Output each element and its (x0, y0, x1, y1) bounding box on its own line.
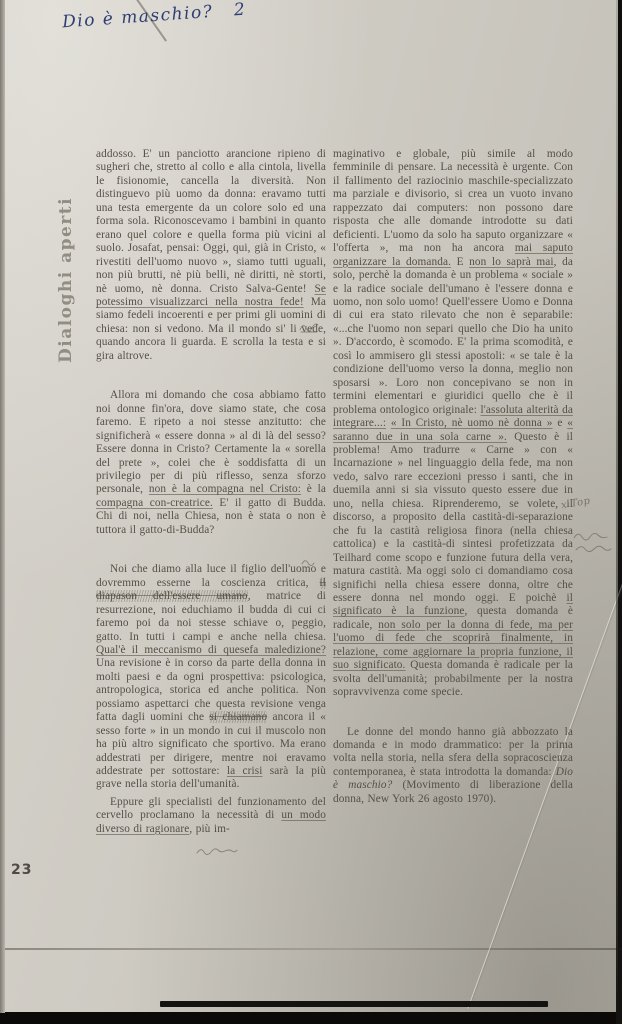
text-column-left: addosso. E' un panciotto arancione ripie… (96, 148, 326, 836)
paragraph: maginativo e globale, più simile al modo… (333, 148, 573, 700)
section-vertical-label: Dialoghi aperti (56, 148, 76, 363)
text-segment: , da solo, perchè la domanda è un proble… (333, 256, 573, 416)
paragraph: addosso. E' un panciotto arancione ripie… (96, 148, 326, 363)
paragraph: Noi che diamo alla luce il figlio dell'u… (96, 563, 326, 792)
text-segment: si chiamano (209, 711, 267, 723)
page-number: 23 (11, 862, 32, 878)
paragraph: Eppure gli specialisti del funzionamento… (96, 796, 326, 836)
pencil-scribble-margin-right (572, 530, 618, 558)
text-segment: la crisi (227, 765, 263, 777)
text-segment: , più im- (189, 823, 230, 835)
text-segment: Noi che diamo alla luce il figlio dell'u… (96, 563, 326, 588)
text-segment: Allora mi domando che cosa abbiamo fatto… (96, 389, 326, 495)
text-segment: non lo saprà mai (469, 256, 553, 268)
text-segment: è la (301, 483, 326, 495)
scanned-page-photo: Dio è maschio? 2 Dialoghi aperti addosso… (0, 0, 622, 1024)
text-column-right: maginativo e globale, più simile al modo… (333, 148, 573, 806)
paragraph: Allora mi domando che cosa abbiamo fatto… (96, 389, 326, 537)
text-segment: maginativo e globale, più simile al modo… (333, 148, 573, 254)
text-segment: Le donne del mondo hanno già abbozzato l… (333, 726, 573, 778)
text-segment: « In Cristo, nè uomo nè donna » (391, 417, 553, 429)
paragraph: Le donne del mondo hanno già abbozzato l… (333, 726, 573, 807)
text-segment: E (451, 256, 469, 268)
bottom-black-rule (160, 1001, 548, 1007)
pencil-scribble-correction (196, 846, 238, 856)
text-segment: compagna con-creatrice. (96, 497, 213, 509)
text-segment: addosso. E' un panciotto arancione ripie… (96, 148, 326, 295)
photo-bottom-edge (0, 1012, 622, 1024)
pencil-scribble-between-columns (298, 320, 322, 334)
page-left-edge-shadow (0, 0, 5, 1013)
photo-right-edge-shadow (616, 0, 622, 1024)
pencil-scribble-small (300, 556, 316, 568)
text-segment: Questo è il problema! Amo tradurre « Car… (333, 431, 573, 604)
text-segment: e (553, 417, 568, 429)
text-segment: non è la compagna nel Cristo: (149, 483, 301, 495)
text-segment: Qual'è il meccanismo di quesefa maledizi… (96, 644, 326, 656)
page-fold-crease-horizontal (0, 948, 622, 950)
